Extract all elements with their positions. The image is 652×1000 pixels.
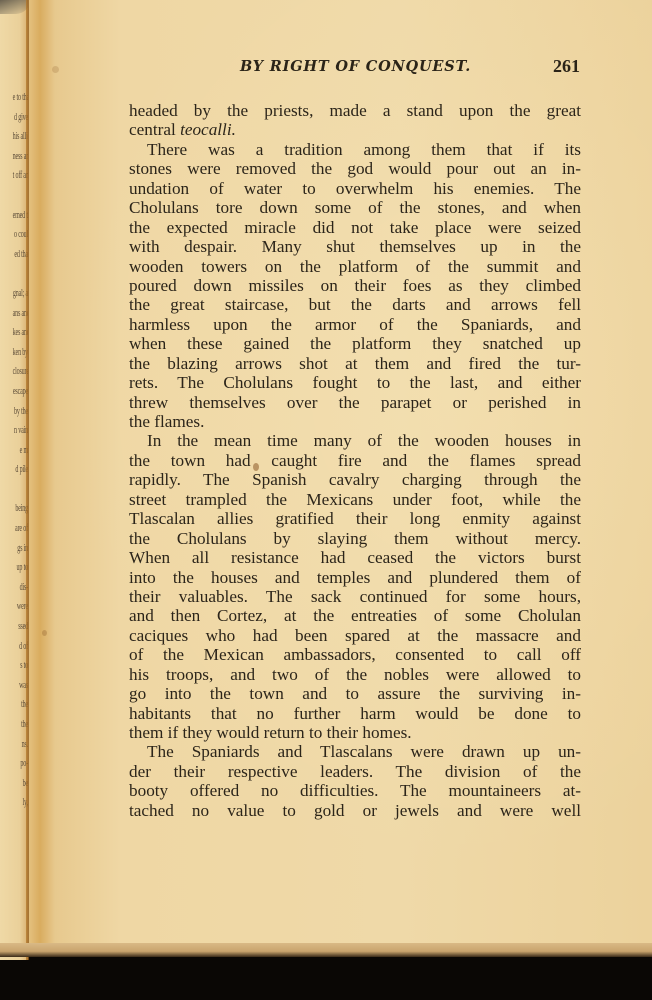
text-line: habitants that no further harm would be … bbox=[129, 704, 581, 723]
text-line: of the Mexican ambassadors, consented to… bbox=[129, 645, 581, 664]
text-line: the flames. bbox=[129, 412, 581, 431]
page-number: 261 bbox=[553, 56, 580, 77]
text-line: tached no value to gold or jewels and we… bbox=[129, 801, 581, 820]
text-line: the Cholulans by slaying them without me… bbox=[129, 529, 581, 548]
text-line: There was a tradition among them that if… bbox=[129, 140, 581, 159]
text-line: the town had caught fire and the flames … bbox=[129, 451, 581, 470]
gutter-crease bbox=[26, 0, 29, 960]
page-corner-shadow bbox=[0, 0, 28, 14]
text-line: The Spaniards and Tlascalans were drawn … bbox=[129, 742, 581, 761]
text-line: threw themselves over the parapet or per… bbox=[129, 393, 581, 412]
facing-page-edge: e to thad givehis allieness andt off and… bbox=[0, 0, 28, 960]
text-line: When all resistance had ceased the victo… bbox=[129, 548, 581, 567]
text-line: the expected miracle did not take place … bbox=[129, 218, 581, 237]
ink-stain bbox=[253, 463, 259, 471]
text-line: Cholulans tore down some of the stones, … bbox=[129, 198, 581, 217]
text-line: Tlascalan allies gratified their long en… bbox=[129, 509, 581, 528]
text-line: and then Cortez, at the entreaties of so… bbox=[129, 606, 581, 625]
text-line: the blazing arrows shot at them and fire… bbox=[129, 354, 581, 373]
text-line: with despair. Many shut themselves up in… bbox=[129, 237, 581, 256]
text-line: into the houses and temples and plundere… bbox=[129, 568, 581, 587]
text-line: the great staircase, but the darts and a… bbox=[129, 295, 581, 314]
text-line: central teocalli. bbox=[129, 120, 581, 139]
book-page: e to thad givehis allieness andt off and… bbox=[0, 0, 652, 955]
text-line: his troops, and two of the nobles were a… bbox=[129, 665, 581, 684]
text-line: wooden towers on the platform of the sum… bbox=[129, 257, 581, 276]
text-line: headed by the priests, made a stand upon… bbox=[129, 101, 581, 120]
running-title: BY RIGHT OF CONQUEST. bbox=[240, 58, 471, 75]
text-line: rets. The Cholulans fought to the last, … bbox=[129, 373, 581, 392]
ink-stain bbox=[52, 66, 59, 73]
text-line: go into the town and to assure the survi… bbox=[129, 684, 581, 703]
text-line: stones were removed the god would pour o… bbox=[129, 159, 581, 178]
body-text: headed by the priests, made a stand upon… bbox=[129, 101, 581, 820]
text-line: booty offered no difficulties. The mount… bbox=[129, 781, 581, 800]
text-line: undation of water to overwhelm his enemi… bbox=[129, 179, 581, 198]
page-bottom-edge bbox=[0, 943, 652, 957]
text-line: them if they would return to their homes… bbox=[129, 723, 581, 742]
text-line: caciques who had been spared at the mass… bbox=[129, 626, 581, 645]
ink-stain bbox=[42, 630, 47, 636]
running-head: BY RIGHT OF CONQUEST. 261 bbox=[128, 58, 580, 82]
text-line: harmless upon the armor of the Spaniards… bbox=[129, 315, 581, 334]
text-line: der their respective leaders. The divisi… bbox=[129, 762, 581, 781]
text-line: when these gained the platform they snat… bbox=[129, 334, 581, 353]
text-line: their valuables. The sack continued for … bbox=[129, 587, 581, 606]
italic-term: teocalli. bbox=[180, 120, 236, 139]
text-line: street trampled the Mexicans under foot,… bbox=[129, 490, 581, 509]
text-line: rapidly. The Spanish cavalry charging th… bbox=[129, 470, 581, 489]
text-line: poured down missiles on their foes as th… bbox=[129, 276, 581, 295]
text-line: In the mean time many of the wooden hous… bbox=[129, 431, 581, 450]
